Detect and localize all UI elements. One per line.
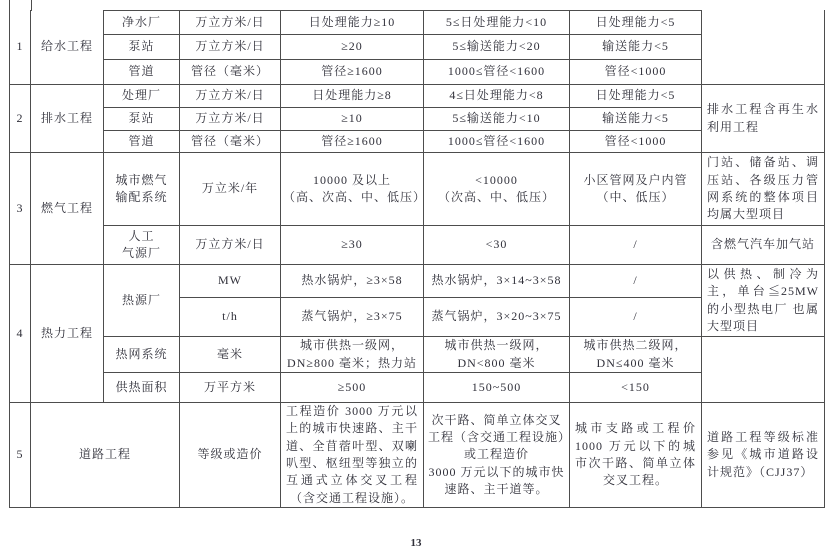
cell-small: / [570,226,702,265]
cell-facility: 城市燃气 输配系统 [104,153,180,226]
cell-note [702,337,825,403]
cell-facility: 管道 [104,60,180,85]
cell-facility: 处理厂 [104,85,180,108]
cell-large: ≥30 [281,226,424,265]
cell-unit: 管径（毫米） [180,60,281,85]
cell-unit: 万立米/年 [180,153,281,226]
cell-medium: 5≤输送能力<20 [424,35,570,60]
cell-unit: 等级或造价 [180,403,281,508]
cell-facility: 供热面积 [104,373,180,403]
cell-category: 道路工程 [31,403,180,508]
cell-large: 日处理能力≥10 [281,10,424,35]
cell-facility: 人工 气源厂 [104,226,180,265]
cell-row-number: 1 [9,10,31,85]
cell-note: 含燃气汽车加气站 [702,226,825,265]
cell-medium: 1000≤管径<1600 [424,60,570,85]
cell-row-number: 2 [9,85,31,153]
cell-row-number: 5 [9,403,31,508]
cell-small: / [570,265,702,298]
cell-unit: 万立方米/日 [180,85,281,108]
cell-unit: 万立方米/日 [180,35,281,60]
page-number: 13 [0,537,832,549]
cell-medium: 5≤输送能力<10 [424,108,570,131]
cell-large: 管径≥1600 [281,131,424,153]
cell-medium: 次干路、简单立体交叉工程（含交通工程设施）或工程造价 3000 万元以下的城市快… [424,403,570,508]
cell-large: 工程造价 3000 万元以上的城市快速路、主干道、全苜蓿叶型、双喇叭型、枢纽型等… [281,403,424,508]
cell-small: 小区管网及户内管 （中、低压） [570,153,702,226]
classification-table: 1 给水工程 净水厂 万立方米/日 日处理能力≥10 5≤日处理能力<10 日处… [9,10,825,508]
cell-large: ≥500 [281,373,424,403]
cell-unit: 万立方米/日 [180,226,281,265]
cell-facility: 热网系统 [104,337,180,373]
cell-small: <150 [570,373,702,403]
cell-small: 输送能力<5 [570,108,702,131]
cell-medium: 热水锅炉，3×14~3×58 [424,265,570,298]
cell-note: 道路工程等级标准参见《城市道路设计规范》（CJJ37） [702,403,825,508]
cell-note: 以供热、制冷为主，单台≦25MW 的小型热电厂 也属大型项目 [702,265,825,337]
cell-facility: 净水厂 [104,10,180,35]
cell-small: 日处理能力<5 [570,10,702,35]
cell-small: 管径<1000 [570,60,702,85]
cell-medium: <10000 （次高、中、低压） [424,153,570,226]
cell-facility: 热源厂 [104,265,180,337]
cell-small: 城市供热二级网， DN≤400 毫米 [570,337,702,373]
cell-medium: <30 [424,226,570,265]
cell-large: 10000 及以上 （高、次高、中、低压） [281,153,424,226]
cell-note: 门站、储备站、调压站、各级压力管网系统的整体项目均属大型项目 [702,153,825,226]
cell-large: 城市供热一级网， DN≥800 毫米；热力站 [281,337,424,373]
cell-large: ≥20 [281,35,424,60]
cell-category: 燃气工程 [31,153,104,265]
cell-row-number: 3 [9,153,31,265]
cell-small: 城市支路或工程价 1000 万元以下的城市次干路、简单立体交叉工程。 [570,403,702,508]
cell-medium: 1000≤管径<1600 [424,131,570,153]
cell-unit: 万立方米/日 [180,10,281,35]
cell-note [702,10,825,85]
cell-unit: MW [180,265,281,298]
cell-medium: 150~500 [424,373,570,403]
cell-medium: 5≤日处理能力<10 [424,10,570,35]
cell-unit: 毫米 [180,337,281,373]
cell-unit: t/h [180,298,281,337]
cell-large: 管径≥1600 [281,60,424,85]
cell-large: 蒸气锅炉，≥3×75 [281,298,424,337]
cell-unit: 管径（毫米） [180,131,281,153]
cell-medium: 4≤日处理能力<8 [424,85,570,108]
cell-facility: 泵站 [104,35,180,60]
cell-small: 日处理能力<5 [570,85,702,108]
cell-category: 热力工程 [31,265,104,403]
cell-large: 热水锅炉，≥3×58 [281,265,424,298]
cell-note: 排水工程含再生水利用工程 [702,85,825,153]
cell-category: 给水工程 [31,10,104,85]
cell-medium: 蒸气锅炉，3×20~3×75 [424,298,570,337]
cell-small: 管径<1000 [570,131,702,153]
cell-small: / [570,298,702,337]
cell-category: 排水工程 [31,85,104,153]
cell-large: 日处理能力≥8 [281,85,424,108]
cell-row-number: 4 [9,265,31,403]
cell-unit: 万立方米/日 [180,108,281,131]
cell-small: 输送能力<5 [570,35,702,60]
cell-medium: 城市供热一级网， DN<800 毫米 [424,337,570,373]
cell-large: ≥10 [281,108,424,131]
cell-facility: 泵站 [104,108,180,131]
cell-unit: 万平方米 [180,373,281,403]
cell-facility: 管道 [104,131,180,153]
